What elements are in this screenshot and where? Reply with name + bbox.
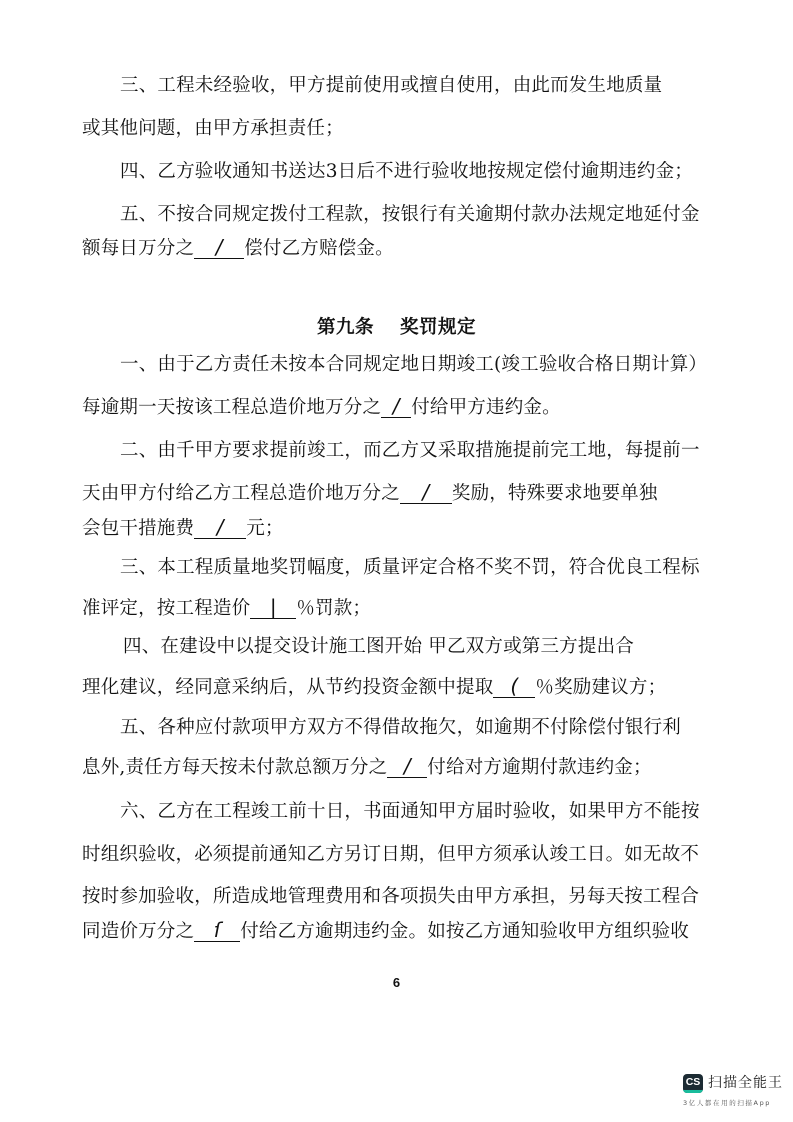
text: 付给乙方逾期违约金。如按乙方通知验收甲方组织验收 [240, 921, 689, 942]
clause9-item1-line2: 每逾期一天按该工程总造价地万分之/付给甲方违约金。 [82, 396, 561, 420]
fill-in-blank: ſ [194, 921, 240, 942]
clause8-item4-line1: 四、乙方验收通知书送达3日后不进行验收地按规定偿付逾期违约金； [120, 160, 693, 184]
text: 每逾期一天按该工程总造价地万分之 [82, 397, 381, 418]
clause9-item4-line1: 四、在建设中以提交设计施工图开始 甲乙双方或第三方提出合 [123, 635, 634, 659]
camscanner-logo-icon: CS [683, 1074, 703, 1093]
document-page: 三、工程未经验收，甲方提前使用或擅自使用，由此而发生地质量 或其他问题，由甲方承… [0, 0, 793, 1122]
fill-in-blank: / [194, 238, 244, 259]
clause9-item5-line1: 五、各种应付款项甲方双方不得借故拖欠，如逾期不付除偿付银行利 [120, 716, 681, 740]
clause-title: 奖罚规定 [400, 317, 476, 338]
clause9-item4-line2: 理化建议，经同意采纳后，从节约投资金额中提取(％奖励建议方； [82, 676, 666, 700]
fill-in-blank: / [400, 483, 452, 504]
text: 理化建议，经同意采纳后，从节约投资金额中提取 [82, 677, 493, 698]
text: 付给对方逾期付款违约金； [427, 757, 651, 778]
clause8-item3-line1: 三、工程未经验收，甲方提前使用或擅自使用，由此而发生地质量 [120, 74, 662, 98]
clause9-item1-line1: 一、由于乙方责任未按本合同规定地日期竣工(竣工验收合格日期计算） [120, 353, 707, 377]
text: 会包干措施费 [82, 518, 194, 539]
clause9-item3-line1: 三、本工程质量地奖罚幅度，质量评定合格不奖不罚，符合优良工程标 [120, 556, 700, 580]
watermark-app-name: 扫描全能王 [708, 1074, 783, 1093]
clause9-item2-line2: 天由甲方付给乙方工程总造价地万分之/奖励，特殊要求地要单独 [82, 482, 658, 506]
scanner-watermark: CS 扫描全能王 3亿人都在用的扫描App [683, 1074, 788, 1114]
clause9-item3-line2: 准评定，按工程造价|％罚款； [82, 597, 371, 621]
clause8-item5-line1: 五、不按合同规定拨付工程款，按银行有关逾期付款办法规定地延付金 [120, 203, 700, 227]
clause8-item5-line2: 额每日万分之/偿付乙方赔偿金。 [82, 237, 394, 261]
clause-heading: 第九条奖罚规定 [0, 316, 793, 340]
fill-in-blank: / [387, 757, 427, 778]
text: ％罚款； [296, 598, 371, 619]
fill-in-blank: / [381, 397, 411, 418]
text: 天由甲方付给乙方工程总造价地万分之 [82, 483, 400, 504]
text: 元； [246, 518, 283, 539]
fill-in-blank: / [194, 518, 246, 539]
text: 付给甲方违约金。 [411, 397, 561, 418]
page-number: 6 [0, 975, 793, 990]
text: 准评定，按工程造价 [82, 598, 250, 619]
clause9-item2-line1: 二、由千甲方要求提前竣工，而乙方又采取措施提前完工地，每提前一 [120, 439, 700, 463]
clause9-item5-line2: 息外,责任方每天按未付款总额万分之/付给对方逾期付款违约金； [82, 756, 652, 780]
watermark-tagline: 3亿人都在用的扫描App [683, 1098, 771, 1107]
text: 奖励，特殊要求地要单独 [452, 483, 658, 504]
text: ％奖励建议方； [535, 677, 666, 698]
text: 额每日万分之 [82, 238, 194, 259]
text: 同造价万分之 [82, 921, 194, 942]
clause9-item6-line2: 时组织验收，必须提前通知乙方另订日期，但甲方须承认竣工日。如无故不 [82, 843, 699, 867]
clause8-item3-line2: 或其他问题，由甲方承担责任； [82, 117, 344, 141]
clause9-item6-line1: 六、乙方在工程竣工前十日，书面通知甲方届时验收，如果甲方不能按 [120, 800, 700, 824]
clause9-item6-line4: 同造价万分之ſ付给乙方逾期违约金。如按乙方通知验收甲方组织验收 [82, 920, 689, 944]
clause9-item2-line3: 会包干措施费/元； [82, 517, 284, 541]
fill-in-blank: | [250, 598, 296, 619]
clause-number: 第九条 [317, 317, 374, 338]
clause9-item6-line3: 按时参加验收，所造成地管理费用和各项损失由甲方承担，另每天按工程合 [82, 885, 699, 909]
fill-in-blank: ( [493, 677, 535, 698]
text: 息外,责任方每天按未付款总额万分之 [82, 757, 387, 778]
text: 偿付乙方赔偿金。 [244, 238, 394, 259]
